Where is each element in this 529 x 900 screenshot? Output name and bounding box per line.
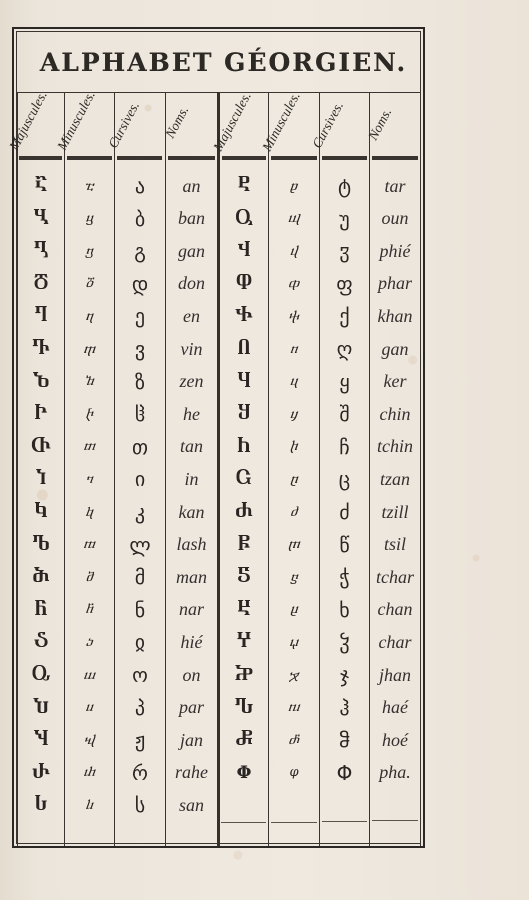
left-cur-cell: ბ (115, 203, 165, 235)
left-nom-cell: vin (166, 333, 217, 365)
left-min-cell: ⴊ (65, 529, 114, 561)
left-maj-cell: Ⴂ (18, 235, 64, 267)
left-cur-cell: ჟ (115, 724, 165, 756)
left-min-cell: ⴢ (65, 626, 114, 658)
right-nom-cell: gan (370, 333, 420, 365)
right-cur-cell: ღ (320, 333, 369, 365)
right-maj-cell: Ⴕ (220, 300, 268, 332)
right-maj-cell: Ⴚ (220, 463, 268, 495)
right-maj-cell: Ⴔ (220, 268, 268, 300)
left-nom-cell: ban (166, 203, 217, 235)
right-min-cell: ⴗ (269, 366, 319, 398)
left-nom-cell: zen (166, 366, 217, 398)
left-nom-cell: he (166, 398, 217, 430)
right-nom-cell: tzill (370, 496, 420, 528)
empty-row-rule (322, 821, 367, 822)
left-maj-cell: Ⴐ (18, 757, 64, 789)
right-min-cell: ⴒ (269, 170, 319, 202)
left-cur-cell: ო (115, 659, 165, 691)
right-cur-cell: ჴ (320, 626, 369, 658)
right-min-cell: ⴓ (269, 203, 319, 235)
left-min-cell: ⴀ (65, 170, 114, 202)
left-min-cell: ⴄ (65, 300, 114, 332)
left-cur-cell: ზ (115, 366, 165, 398)
right-nom-cell: chin (370, 398, 420, 430)
left-cur-cell: ვ (115, 333, 165, 365)
left-min-cell: ⴈ (65, 463, 114, 495)
right-min-cell: ⴙ (269, 431, 319, 463)
left-cur-cell: ლ (115, 529, 165, 561)
right-min-cell: ⴖ (269, 333, 319, 365)
right-maj-cell: Ⴤ (220, 626, 268, 658)
right-min-cell: ⴜ (269, 529, 319, 561)
right-cur-cell: ქ (320, 300, 369, 332)
right-cur-cell: ც (320, 463, 369, 495)
right-cur-cell: Φ (320, 757, 369, 789)
left-cur-cell: თ (115, 431, 165, 463)
right-maj-cell: Ⴙ (220, 431, 268, 463)
left-maj-cell: Ⴍ (18, 659, 64, 691)
left-min-cell: ⴇ (65, 431, 114, 463)
right-cur-cell: ჯ (320, 659, 369, 691)
right-nom-cell: phar (370, 268, 420, 300)
left-nom-cell: hié (166, 626, 217, 658)
right-maj-cell: Ⴖ (220, 333, 268, 365)
left-cur-cell: ს (115, 789, 165, 821)
right-maj-cell: Ⴒ (220, 170, 268, 202)
right-cur-cell: ჵ (320, 724, 369, 756)
left-nom-cell: nar (166, 594, 217, 626)
left-nom-cell: man (166, 561, 217, 593)
header-rule (168, 156, 215, 160)
left-cur-cell: ნ (115, 594, 165, 626)
left-nom-cell: tan (166, 431, 217, 463)
right-nom-cell: oun (370, 203, 420, 235)
right-cur-cell: ძ (320, 496, 369, 528)
left-min-cell: ⴉ (65, 496, 114, 528)
right-min-cell: ⴞ (269, 594, 319, 626)
right-min-cell: ⴤ (269, 626, 319, 658)
right-nom-cell: tar (370, 170, 420, 202)
right-cur-cell: უ (320, 203, 369, 235)
left-maj-cell: Ⴆ (18, 366, 64, 398)
right-nom-cell: char (370, 626, 420, 658)
left-cur-cell: ე (115, 300, 165, 332)
left-maj-cell: Ⴊ (18, 529, 64, 561)
left-min-cell: ⴃ (65, 268, 114, 300)
left-min-cell: ⴁ (65, 203, 114, 235)
left-min-cell: ⴅ (65, 333, 114, 365)
right-cur-cell: ჰ (320, 692, 369, 724)
left-maj-cell: Ⴑ (18, 789, 64, 821)
left-cur-cell: ჱ (115, 398, 165, 430)
left-maj-cell: Ⴌ (18, 594, 64, 626)
left-nom-cell: jan (166, 724, 217, 756)
left-maj-cell: Ⴃ (18, 268, 64, 300)
right-cur-cell: ყ (320, 366, 369, 398)
right-maj-cell: Φ (220, 757, 268, 789)
header-rule (271, 156, 317, 160)
left-maj-cell: Ⴉ (18, 496, 64, 528)
right-nom-cell: pha. (370, 757, 420, 789)
header-rule (117, 156, 162, 160)
left-nom-cell: gan (166, 235, 217, 267)
right-cur-cell: წ (320, 529, 369, 561)
left-maj-cell: Ⴎ (18, 692, 64, 724)
right-maj-cell: Ⴟ (220, 659, 268, 691)
right-cur-cell: ტ (320, 170, 369, 202)
left-cur-cell: რ (115, 757, 165, 789)
left-nom-cell: lash (166, 529, 217, 561)
left-cur-cell: პ (115, 692, 165, 724)
right-maj-cell: Ⴞ (220, 594, 268, 626)
left-nom-cell: san (166, 789, 217, 821)
right-nom-cell: haé (370, 692, 420, 724)
left-min-cell: ⴏ (65, 724, 114, 756)
left-nom-cell: on (166, 659, 217, 691)
left-maj-cell: Ⴁ (18, 203, 64, 235)
header-rule (19, 156, 62, 160)
right-nom-cell: tchin (370, 431, 420, 463)
right-maj-cell: Ⴗ (220, 366, 268, 398)
right-nom-cell: chan (370, 594, 420, 626)
right-cur-cell: შ (320, 398, 369, 430)
left-cur-cell: კ (115, 496, 165, 528)
right-nom-cell: phié (370, 235, 420, 267)
left-maj-cell: Ⴀ (18, 170, 64, 202)
left-maj-cell: Ⴢ (18, 626, 64, 658)
left-min-cell: ⴆ (65, 366, 114, 398)
left-maj-cell: Ⴈ (18, 463, 64, 495)
left-cur-cell: ჲ (115, 626, 165, 658)
left-maj-cell: Ⴋ (18, 561, 64, 593)
left-min-cell: ⴡ (65, 398, 114, 430)
right-nom-cell: hoé (370, 724, 420, 756)
left-cur-cell: დ (115, 268, 165, 300)
left-nom-cell: an (166, 170, 217, 202)
right-maj-cell: Ⴥ (220, 724, 268, 756)
right-min-cell: ⴠ (269, 692, 319, 724)
left-cur-cell: ა (115, 170, 165, 202)
left-maj-cell: Ⴄ (18, 300, 64, 332)
empty-row-rule (372, 820, 418, 821)
header-rule (222, 156, 266, 160)
right-nom-cell: tsil (370, 529, 420, 561)
right-min-cell: ⴚ (269, 463, 319, 495)
right-nom-cell: jhan (370, 659, 420, 691)
right-min-cell: ⴛ (269, 496, 319, 528)
left-maj-cell: Ⴏ (18, 724, 64, 756)
left-maj-cell: Ⴡ (18, 398, 64, 430)
left-min-cell: ⴐ (65, 757, 114, 789)
header-rule (322, 156, 367, 160)
left-min-cell: ⴂ (65, 235, 114, 267)
left-min-cell: ⴋ (65, 561, 114, 593)
right-nom-cell: tzan (370, 463, 420, 495)
right-maj-cell: Ⴝ (220, 561, 268, 593)
left-maj-cell: Ⴇ (18, 431, 64, 463)
right-cur-cell: ფ (320, 268, 369, 300)
left-maj-cell: Ⴅ (18, 333, 64, 365)
left-min-cell: ⴎ (65, 692, 114, 724)
right-min-cell: ⴥ (269, 724, 319, 756)
left-cur-cell: მ (115, 561, 165, 593)
header-rule (372, 156, 418, 160)
right-min-cell: ⴕ (269, 300, 319, 332)
left-cur-cell: ი (115, 463, 165, 495)
right-nom-cell: tchar (370, 561, 420, 593)
empty-row-rule (221, 822, 266, 823)
left-cur-cell: გ (115, 235, 165, 267)
right-maj-cell: Ⴛ (220, 496, 268, 528)
left-nom-cell: in (166, 463, 217, 495)
right-min-cell: ⴝ (269, 561, 319, 593)
right-cur-cell: ჩ (320, 431, 369, 463)
empty-row-rule (271, 822, 317, 823)
right-maj-cell: Ⴠ (220, 692, 268, 724)
right-nom-cell: khan (370, 300, 420, 332)
right-nom-cell: ker (370, 366, 420, 398)
right-maj-cell: Ⴓ (220, 203, 268, 235)
right-min-cell: ⴣ (269, 235, 319, 267)
right-min-cell: φ (269, 757, 319, 789)
right-maj-cell: Ⴣ (220, 235, 268, 267)
right-min-cell: ⴟ (269, 659, 319, 691)
left-nom-cell: don (166, 268, 217, 300)
right-maj-cell: Ⴘ (220, 398, 268, 430)
right-cur-cell: ჭ (320, 561, 369, 593)
left-nom-cell: en (166, 300, 217, 332)
right-maj-cell: Ⴜ (220, 529, 268, 561)
column-divider (420, 92, 421, 846)
header-rule (67, 156, 112, 160)
left-min-cell: ⴍ (65, 659, 114, 691)
right-cur-cell: ჳ (320, 235, 369, 267)
left-min-cell: ⴌ (65, 594, 114, 626)
right-cur-cell: ხ (320, 594, 369, 626)
left-nom-cell: par (166, 692, 217, 724)
left-nom-cell: kan (166, 496, 217, 528)
right-min-cell: ⴔ (269, 268, 319, 300)
left-min-cell: ⴑ (65, 789, 114, 821)
left-nom-cell: rahe (166, 757, 217, 789)
right-min-cell: ⴘ (269, 398, 319, 430)
page-title: ALPHABET GÉORGIEN. (30, 48, 407, 77)
